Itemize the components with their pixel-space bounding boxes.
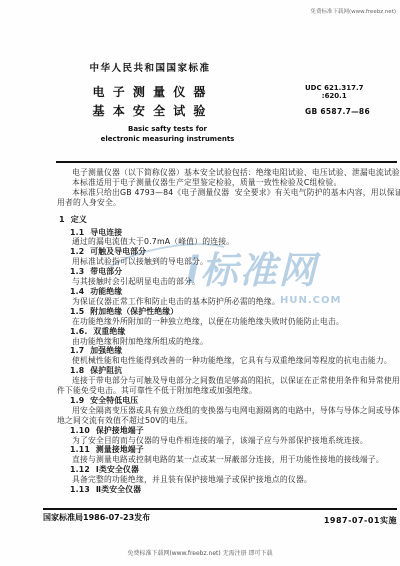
body-line: 1.1 导电连接 [57, 228, 397, 238]
header-divider-rule [56, 161, 397, 163]
footer-issued-date: 国家标准局1986-07-23发布 [43, 512, 150, 523]
body-line: 与其接触时会引起明显电击的部分。 [57, 277, 397, 287]
body-line: 使机械性能和电性能得到改善的一种功能绝缘，它具有与双重绝缘同等程度的抗电击能力。 [57, 356, 397, 366]
body-line: 1.5 附加绝缘（保护性绝缘） [57, 307, 397, 317]
body-line: 1.8 保护阻抗 [57, 366, 397, 376]
body-line: 电子测量仪器（以下简称仪器）基本安全试验包括：绝缘电阻试验、电压试验、泄漏电流试… [57, 168, 397, 178]
body-line: 1.9 安全特低电压 [57, 396, 397, 406]
body-line: 1.12 Ⅰ类安全仪器 [57, 465, 397, 475]
body-line: 由功能绝缘和附加绝缘所组成的绝缘。 [57, 337, 397, 347]
document-page: 免费标准下载网(www.freebz.net) 中华人民共和国国家标准 电 子 … [0, 0, 400, 566]
watermark-bottom: 免费标准下载网(www.freebz.net) 无需注册 即可下载 [0, 548, 400, 557]
standard-number: GB 6587.7—86 [305, 107, 370, 116]
body-line: 具备完整的功能绝缘，并且装有保护接地端子或保护接地点的仪器。 [57, 475, 397, 485]
body-line: 1.11 测量接地端子 [57, 445, 397, 455]
body-line: 直接与测量电路或控制电路的某一点或某一屏蔽部分连接，用于功能性接地的接线端子。 [57, 455, 397, 465]
document-title-line1: 电 子 测 量 仪 器 [0, 83, 300, 100]
body-line: 为了安全目的而与仪器的导电件相连接的端子，该端子应与外部保护接地系统连接。 [57, 436, 397, 446]
body-line: 1.6. 双重绝缘 [57, 327, 397, 337]
body-line: 件下能免受电击。其可靠性不低于附加绝缘或加强绝缘。 [57, 386, 397, 396]
body-line: 本标准只给出GB 4793—84《电子测量仪器 安全要求》有关电气防护的基本内容… [57, 188, 397, 198]
body-line: 1.3 带电部分 [57, 267, 397, 277]
body-line: 通过的漏电流值大于0.7mA（峰值）的连接。 [57, 237, 397, 247]
body-line: 1.7 加强绝缘 [57, 346, 397, 356]
english-title-line1: Basic safty tests for [0, 125, 335, 133]
body-line: 1.10 保护接地端子 [57, 426, 397, 436]
english-title-line2: electronic measuring instruments [0, 135, 335, 143]
body-line: 1 定义 [59, 215, 397, 225]
udc-line2: :620.1 [305, 92, 363, 100]
body-line: 1.4 功能绝缘 [57, 287, 397, 297]
watermark-top-right: 免费标准下载网(www.freebz.net) [310, 7, 396, 15]
standard-country-line: 中华人民共和国国家标准 [0, 60, 300, 74]
footer-implementation-date: 1987-07-01实施 [324, 515, 397, 526]
document-title-line2: 基 本 安 全 试 验 [0, 102, 300, 119]
body-line: 地之间交流有效值不超过50V的电压。 [57, 416, 397, 426]
footer-divider-rule [43, 508, 397, 510]
body-line: 连接于带电部分与可触及导电部分之间数值足够高的阻抗，以保证在正常使用条件和异常使… [57, 376, 397, 386]
body-line: 本标准适用于电子测量仪器生产定型鉴定检验，质量一致性检验及C组检验。 [57, 178, 397, 188]
footer: 国家标准局1986-07-23发布 1987-07-01实施 [43, 512, 397, 526]
body-line: 为保证仪器正常工作和防止电击的基本防护所必需的绝缘。 [57, 297, 397, 307]
body-line: 1.2 可触及导电部分 [57, 247, 397, 257]
body-line: 用标准试验指可以接触到的导电部分。 [57, 257, 397, 267]
udc-classification: UDC 621.317.7 :620.1 [305, 84, 363, 100]
body-line: 1.13 Ⅱ类安全仪器 [57, 485, 397, 495]
body-line: 用者的人身安全。 [57, 198, 397, 208]
body-lines: 电子测量仪器（以下简称仪器）基本安全试验包括：绝缘电阻试验、电压试验、泄漏电流试… [57, 168, 397, 495]
body-line: 在功能绝缘外所附加的一种独立绝缘，以便在功能绝缘失败时仍能防止电击。 [57, 317, 397, 327]
body-line: 用安全隔离变压器或具有独立绕组的变换器与电网电源隔离的电路中，导体与导体之间或导… [57, 406, 397, 416]
udc-line1: UDC 621.317.7 [305, 84, 363, 92]
